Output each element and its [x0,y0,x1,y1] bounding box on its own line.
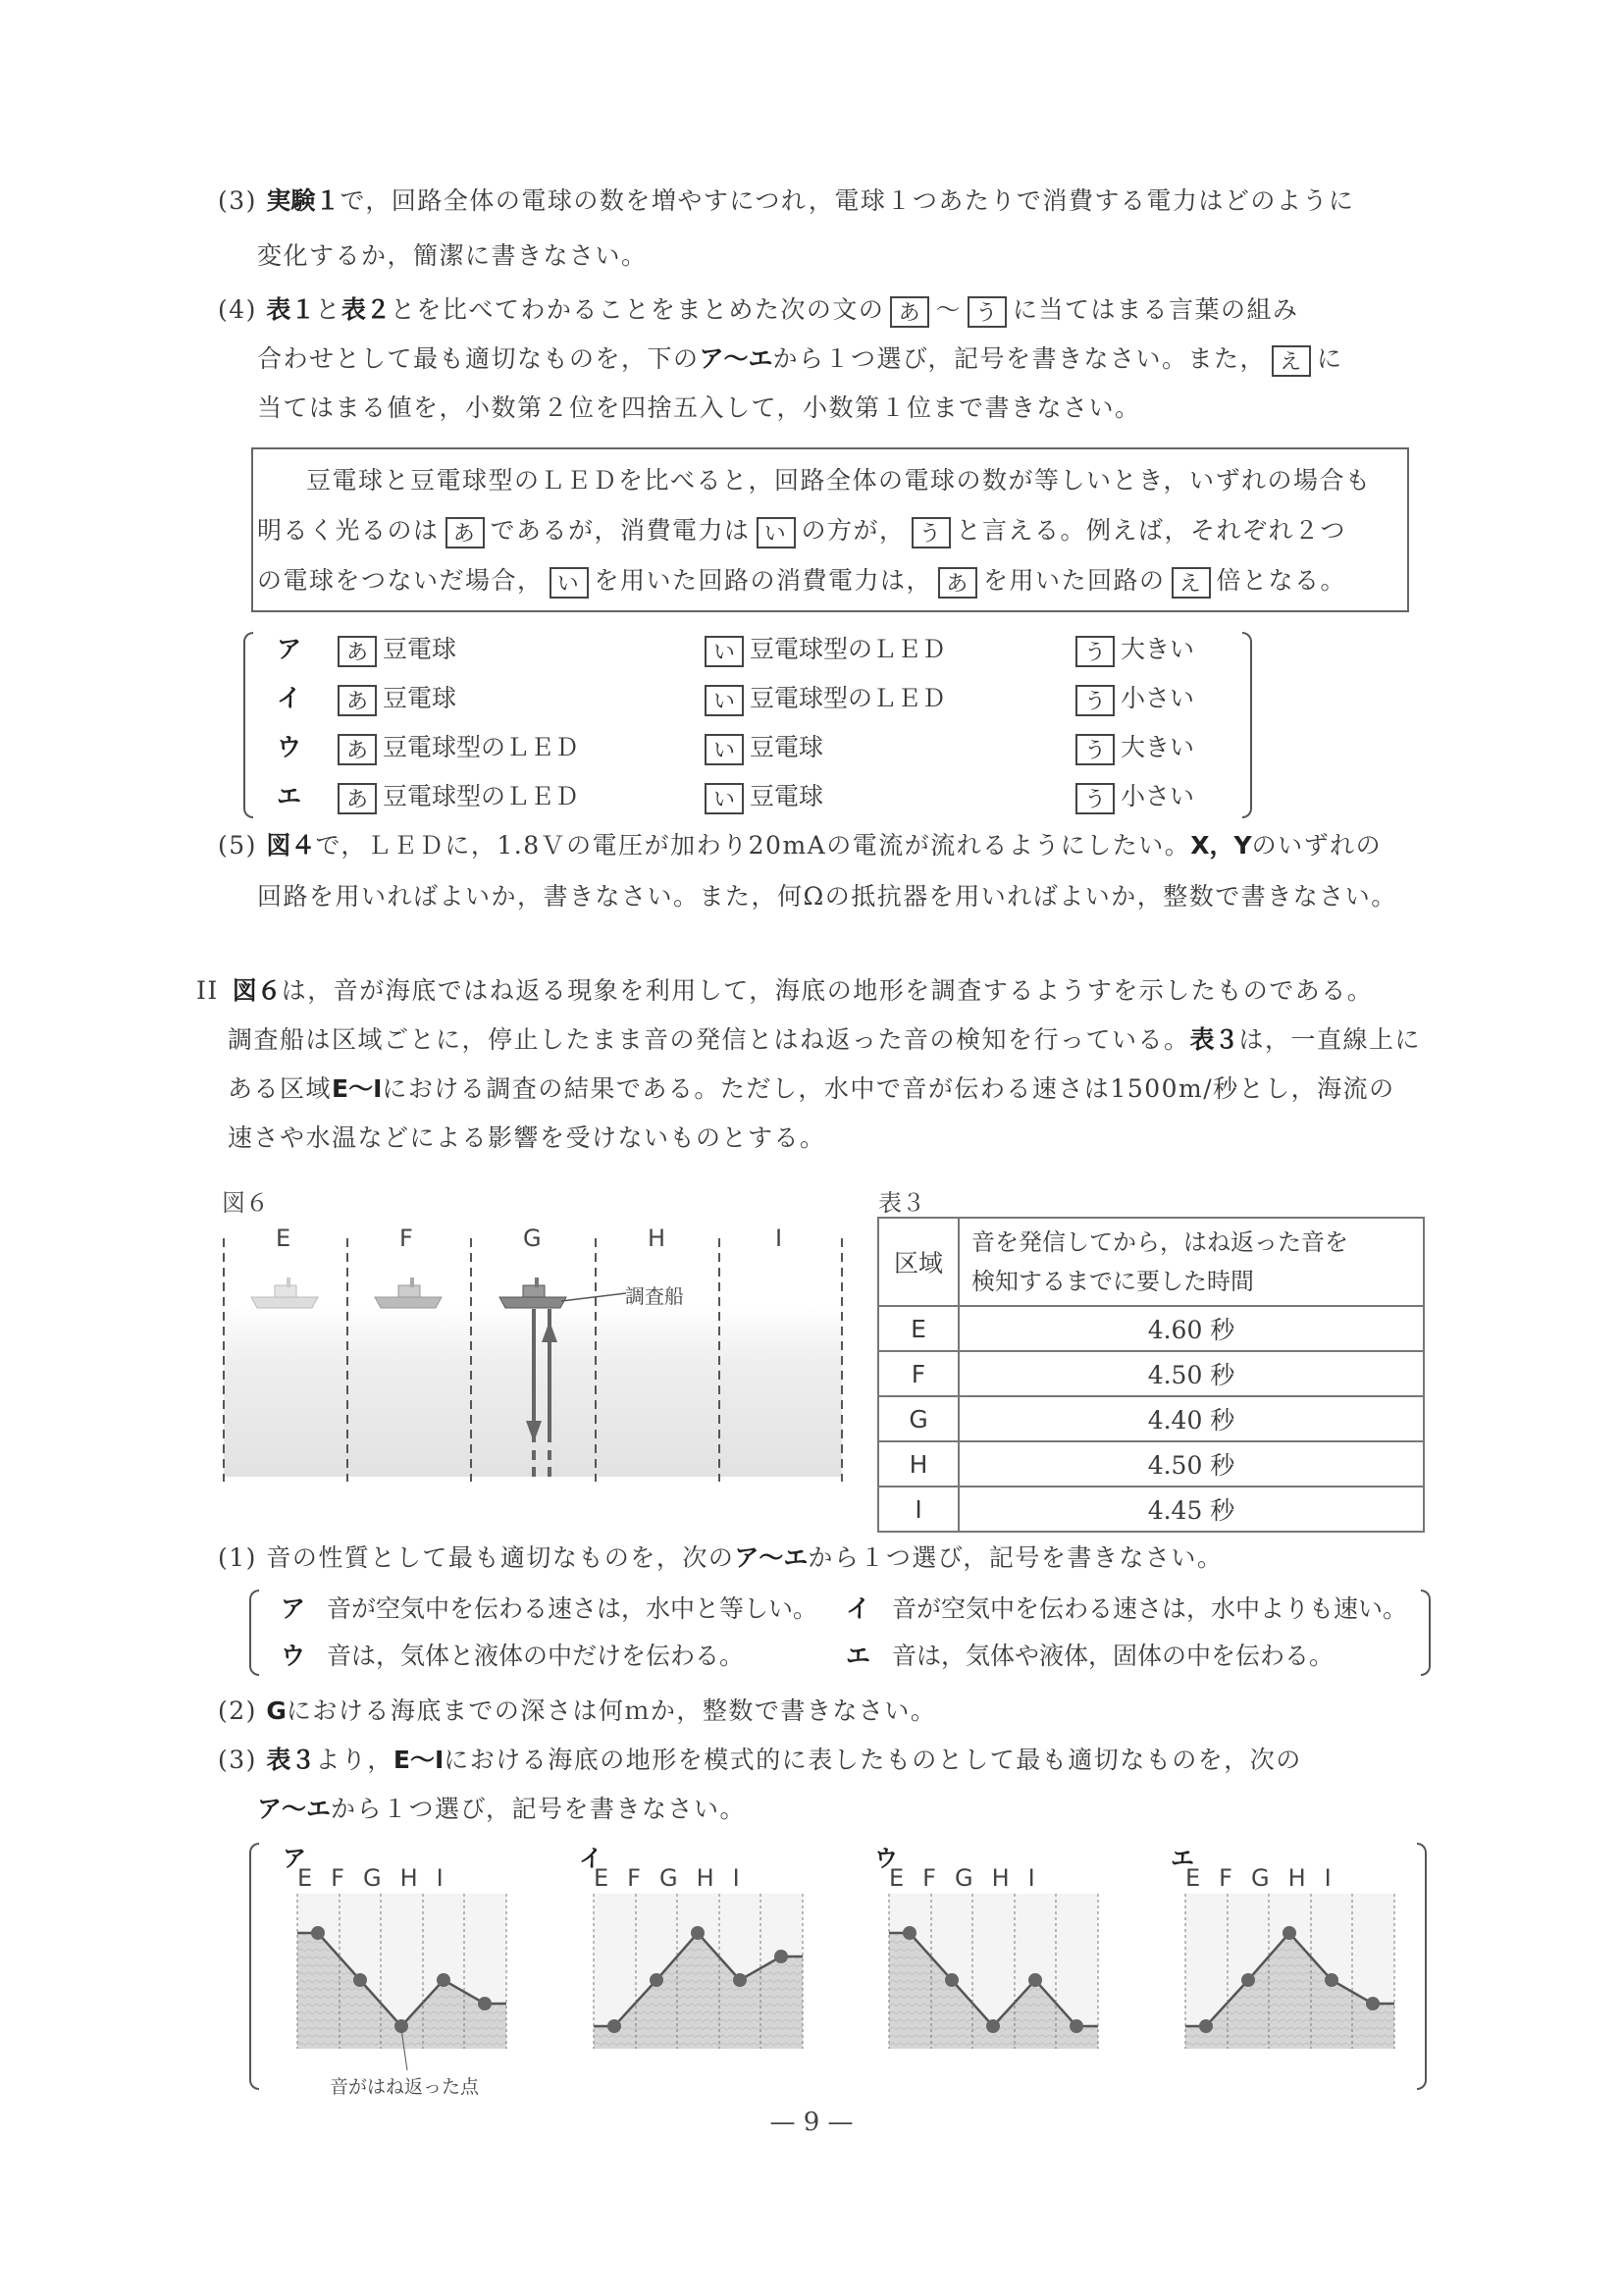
text: に [1317,344,1343,373]
zone-f: F [331,1864,363,1892]
option-value: 豆電球型のＬＥＤ [383,782,579,810]
text: から１つ選び，記号を書きなさい。 [808,1543,1223,1572]
sq3-line2: ア〜エから１つ選び，記号を書きなさい。 [257,1794,746,1825]
question-number: (5) [218,831,257,860]
time-cell: 4.50 秒 [959,1441,1424,1487]
zone-label-i: I [775,1225,782,1252]
blank-box-i: い [757,517,796,548]
sq1-option-a[interactable]: ア音が空気中を伝わる速さは，水中と等しい。 [281,1590,817,1629]
blank-box-u: う [1075,636,1115,667]
choice-i-diagram [594,1894,803,2049]
option-u-col-u: う大きい [1070,728,1194,767]
bold-ref: 表３ [266,1746,315,1774]
zone-e: E [889,1864,922,1892]
zone-label-f: F [399,1225,413,1252]
text: 明るく光るのは [257,516,440,545]
table-header-zone: 区域 [878,1218,959,1306]
q5-line1: (5) 図４で，ＬＥＤに，1.8Ｖの電圧が加わり20mAの電流が流れるようにした… [218,830,1382,861]
table-header-time: 音を発信してから，はね返った音を 検知するまでに要した時間 [959,1218,1424,1306]
part2-line3: ある区域E〜Iにおける調査の結果である。ただし，水中で音が伝わる速さは1500m… [228,1073,1395,1105]
zone-cell: H [878,1441,959,1487]
zone-e: E [594,1864,627,1892]
question-number: (3) [218,1746,257,1774]
option-label: ア [277,630,328,669]
zone-f: F [1219,1864,1251,1892]
text: は，音が海底ではね返る現象を利用して，海底の地形を調査するようすを示したものであ… [282,976,1374,1005]
q4-line3: 当てはまる値を，小数第２位を四捨五入して，小数第１位まで書きなさい。 [257,392,1141,424]
sq1-option-u[interactable]: ウ音は，気体と液体の中だけを伝わる。 [281,1637,744,1676]
option-value: 豆電球 [750,782,823,810]
bold-ref: 表１ [266,295,315,324]
q3-line1: (3) 実験１で，回路全体の電球の数を増やすにつれ，電球１つあたりで消費する電力… [218,185,1354,217]
option-label: イ [277,679,328,718]
header-line: 検知するまでに要した時間 [971,1262,1423,1301]
zone-f: F [627,1864,659,1892]
part2-line4: 速さや水温などによる影響を受けないものとする。 [228,1122,826,1154]
sq2-line: (2) Gにおける海底までの深さは何ｍか，整数で書きなさい。 [218,1696,936,1727]
summary-line2: 明るく光るのはあであるが，消費電力はいの方が，うと言える。例えば，それぞれ２つ [257,515,1346,548]
reflection-point-label: 音がはね返った点 [330,2072,479,2099]
text: とを比べてわかることをまとめた次の文の [391,295,885,324]
option-value: 豆電球型のＬＥＤ [750,635,946,663]
blank-box-a: あ [338,734,377,765]
zone-g: G [659,1864,697,1892]
text: より， [315,1746,393,1774]
summary-line3: の電球をつないだ場合，いを用いた回路の消費電力は，あを用いた回路のえ倍となる。 [257,565,1346,599]
option-text: 音が空気中を伝わる速さは，水中と等しい。 [327,1594,817,1623]
survey-ship-label: 調査船 [625,1280,684,1309]
option-label: ウ [277,728,328,767]
question-number: (1) [218,1543,257,1572]
time-cell: 4.45 秒 [959,1487,1424,1532]
bold-ref: 実験１ [266,186,340,215]
text: から１つ選び，記号を書きなさい。また， [773,344,1267,373]
bracket-left [249,1590,259,1676]
zone-h: H [1288,1864,1325,1892]
bold-ref: E〜I [332,1074,382,1103]
zone-cell: E [878,1306,959,1351]
text: を用いた回路の [983,566,1166,595]
choice-i-zones: EFGHI [594,1864,759,1892]
blank-box-a: あ [890,296,929,328]
option-a-col-i: い豆電球型のＬＥＤ [699,630,946,669]
page-number: — 9 — [0,2108,1623,2137]
zone-cell: I [878,1487,959,1532]
blank-box-u: う [1075,685,1115,716]
text: と [315,295,341,324]
bracket-right [1421,1590,1431,1676]
blank-box-a: あ [338,685,377,716]
ship-icon-e [251,1278,318,1308]
option-e-col-i: い豆電球 [699,777,823,816]
choice-u-diagram [889,1894,1098,2049]
text: と言える。例えば，それぞれ２つ [957,516,1347,545]
zone-label-h: H [648,1225,665,1252]
choice-u-zones: EFGHI [889,1864,1054,1892]
bold-ref: 表２ [341,295,391,324]
blank-box-a: あ [445,517,485,548]
blank-box-i: い [550,567,589,599]
zone-label-g: G [523,1225,542,1252]
zone-h: H [992,1864,1028,1892]
table3-title: 表３ [878,1183,925,1218]
table-row: E4.60 秒 [878,1306,1424,1351]
option-label: エ [846,1642,870,1670]
choice-a-diagram [297,1894,506,2070]
section-number: II [196,976,219,1005]
blank-box-a: あ [338,783,377,814]
zone-i: I [437,1864,462,1892]
option-e-col-u: う小さい [1070,777,1194,816]
part2-line2: 調査船は区域ごとに，停止したまま音の発信とはね返った音の検知を行っている。表３は… [228,1024,1421,1056]
zone-h: H [400,1864,437,1892]
table-row: F4.50 秒 [878,1351,1424,1396]
text: 音の性質として最も適切なものを，次の [266,1543,734,1572]
sq1-line: (1) 音の性質として最も適切なものを，次のア〜エから１つ選び，記号を書きなさい… [218,1542,1223,1574]
sq3-line1: (3) 表３より，E〜Iにおける海底の地形を模式的に表したものとして最も適切なも… [218,1745,1302,1776]
option-a-col-a: あ豆電球 [332,630,456,669]
option-e-col-a: あ豆電球型のＬＥＤ [332,777,579,816]
option-i-col-i: い豆電球型のＬＥＤ [699,679,946,718]
blank-box-i: い [705,734,744,765]
q4-line1: (4) 表１と表２とを比べてわかることをまとめた次の文のあ〜うに当てはまる言葉の… [218,294,1298,328]
text: における海底までの深さは何ｍか，整数で書きなさい。 [287,1696,937,1725]
zone-i: I [733,1864,759,1892]
blank-box-u: う [1075,783,1115,814]
option-i-row[interactable]: イ [277,679,328,718]
option-value: 豆電球型のＬＥＤ [750,684,946,712]
option-value: 小さい [1121,782,1194,810]
option-a-row[interactable]: ア [277,630,328,669]
bracket-right [1242,632,1252,818]
text: ある区域 [228,1074,332,1103]
option-value: 豆電球型のＬＥＤ [383,733,579,761]
text: で，ＬＥＤに，1.8Ｖの電圧が加わり20mAの電流が流れるようにしたい。 [315,831,1190,860]
text: を用いた回路の消費電力は， [595,566,933,595]
zone-cell: F [878,1351,959,1396]
q3-line2: 変化するか，簡潔に書きなさい。 [257,240,648,272]
choice-e-zones: EFGHI [1185,1864,1350,1892]
question-number: (2) [218,1696,257,1725]
zone-f: F [922,1864,955,1892]
time-cell: 4.40 秒 [959,1396,1424,1441]
option-label: エ [277,777,328,816]
question-number: (4) [218,295,257,324]
q5-line2: 回路を用いればよいか，書きなさい。また，何Ωの抵抗器を用いればよいか，整数で書き… [257,881,1397,913]
option-value: 小さい [1121,684,1194,712]
bold-ref: ア〜エ [700,344,773,373]
option-e-row[interactable]: エ [277,777,328,816]
option-value: 豆電球 [383,635,456,663]
option-i-col-u: う小さい [1070,679,1194,718]
text: に当てはまる言葉の組み [1013,295,1299,324]
text: の電球をつないだ場合， [257,566,544,595]
option-value: 豆電球 [750,733,823,761]
bold-ref: E〜I [393,1746,444,1774]
bold-ref: X，Y [1190,831,1251,860]
bold-ref: 表３ [1190,1025,1239,1054]
question-number: (3) [218,186,257,215]
zone-e: E [297,1864,331,1892]
sq1-option-i[interactable]: イ音が空気中を伝わる速さは，水中よりも速い。 [846,1590,1407,1629]
choice-a-zones: EFGHI [297,1864,462,1892]
blank-box-i: い [705,685,744,716]
blank-box-a: あ [938,567,977,599]
time-cell: 4.60 秒 [959,1306,1424,1351]
option-text: 音は，気体や液体，固体の中を伝わる。 [892,1642,1334,1670]
option-label: ウ [281,1642,305,1670]
q4-line2: 合わせとして最も適切なものを，下のア〜エから１つ選び，記号を書きなさい。また，え… [257,343,1343,377]
header-line: 音を発信してから，はね返った音を [971,1223,1423,1262]
bracket-left [243,632,253,818]
summary-line1: 豆電球と豆電球型のＬＥＤを比べると，回路全体の電球の数が等しいとき，いずれの場合… [306,465,1372,496]
blank-box-u: う [912,517,951,548]
blank-box-e: え [1172,567,1211,599]
text: 〜 [935,295,962,324]
blank-box-u: う [968,296,1007,328]
choice-e-diagram [1185,1894,1394,2049]
zone-h: H [697,1864,733,1892]
bold-ref: 図４ [266,831,315,860]
zone-cell: G [878,1396,959,1441]
zone-i: I [1325,1864,1350,1892]
table3: 区域 音を発信してから，はね返った音を 検知するまでに要した時間 E4.60 秒… [877,1217,1425,1533]
option-value: 大きい [1121,733,1194,761]
option-text: 音が空気中を伝わる速さは，水中よりも速い。 [892,1594,1407,1623]
sq1-option-e[interactable]: エ音は，気体や液体，固体の中を伝わる。 [846,1637,1334,1676]
option-value: 大きい [1121,635,1194,663]
zone-e: E [1185,1864,1219,1892]
option-value: 豆電球 [383,684,456,712]
time-cell: 4.50 秒 [959,1351,1424,1396]
text: は，一直線上に [1239,1025,1422,1054]
zone-g: G [1251,1864,1288,1892]
zone-i: I [1028,1864,1054,1892]
blank-box-a: あ [338,636,377,667]
blank-box-i: い [705,636,744,667]
table-row: I4.45 秒 [878,1487,1424,1532]
text: から１つ選び，記号を書きなさい。 [331,1795,746,1823]
blank-box-i: い [705,783,744,814]
zone-g: G [363,1864,400,1892]
text: のいずれの [1252,831,1383,860]
option-u-col-a: あ豆電球型のＬＥＤ [332,728,579,767]
blank-box-e: え [1272,345,1311,377]
text: 合わせとして最も適切なものを，下の [257,344,700,373]
option-label: イ [846,1594,870,1623]
bold-ref: ア〜エ [734,1543,808,1572]
text: 調査船は区域ごとに，停止したまま音の発信とはね返った音の検知を行っている。 [228,1025,1190,1054]
blank-box-u: う [1075,734,1115,765]
text: の方が， [802,516,906,545]
table-row: H4.50 秒 [878,1441,1424,1487]
ship-icon-g [499,1278,566,1308]
text: であるが，消費電力は [491,516,751,545]
zone-g: G [955,1864,992,1892]
text: における調査の結果である。ただし，水中で音が伝わる速さは1500m/秒とし，海流… [382,1074,1394,1103]
option-label: ア [281,1594,305,1623]
table-row: G4.40 秒 [878,1396,1424,1441]
bold-ref: ア〜エ [257,1795,331,1823]
text: 倍となる。 [1217,566,1347,595]
bold-ref: G [266,1696,287,1725]
option-text: 音は，気体と液体の中だけを伝わる。 [327,1642,744,1670]
text: における海底の地形を模式的に表したものとして最も適切なものを，次の [444,1746,1302,1774]
bold-ref: 図６ [233,976,282,1005]
option-i-col-a: あ豆電球 [332,679,456,718]
option-u-row[interactable]: ウ [277,728,328,767]
option-a-col-u: う大きい [1070,630,1194,669]
option-u-col-i: い豆電球 [699,728,823,767]
text: で，回路全体の電球の数を増やすにつれ，電球１つあたりで消費する電力はどのように [340,186,1354,215]
part2-line1: II図６は，音が海底ではね返る現象を利用して，海底の地形を調査するようすを示した… [196,975,1373,1007]
zone-label-e: E [276,1225,290,1252]
ship-icon-f [375,1278,442,1308]
